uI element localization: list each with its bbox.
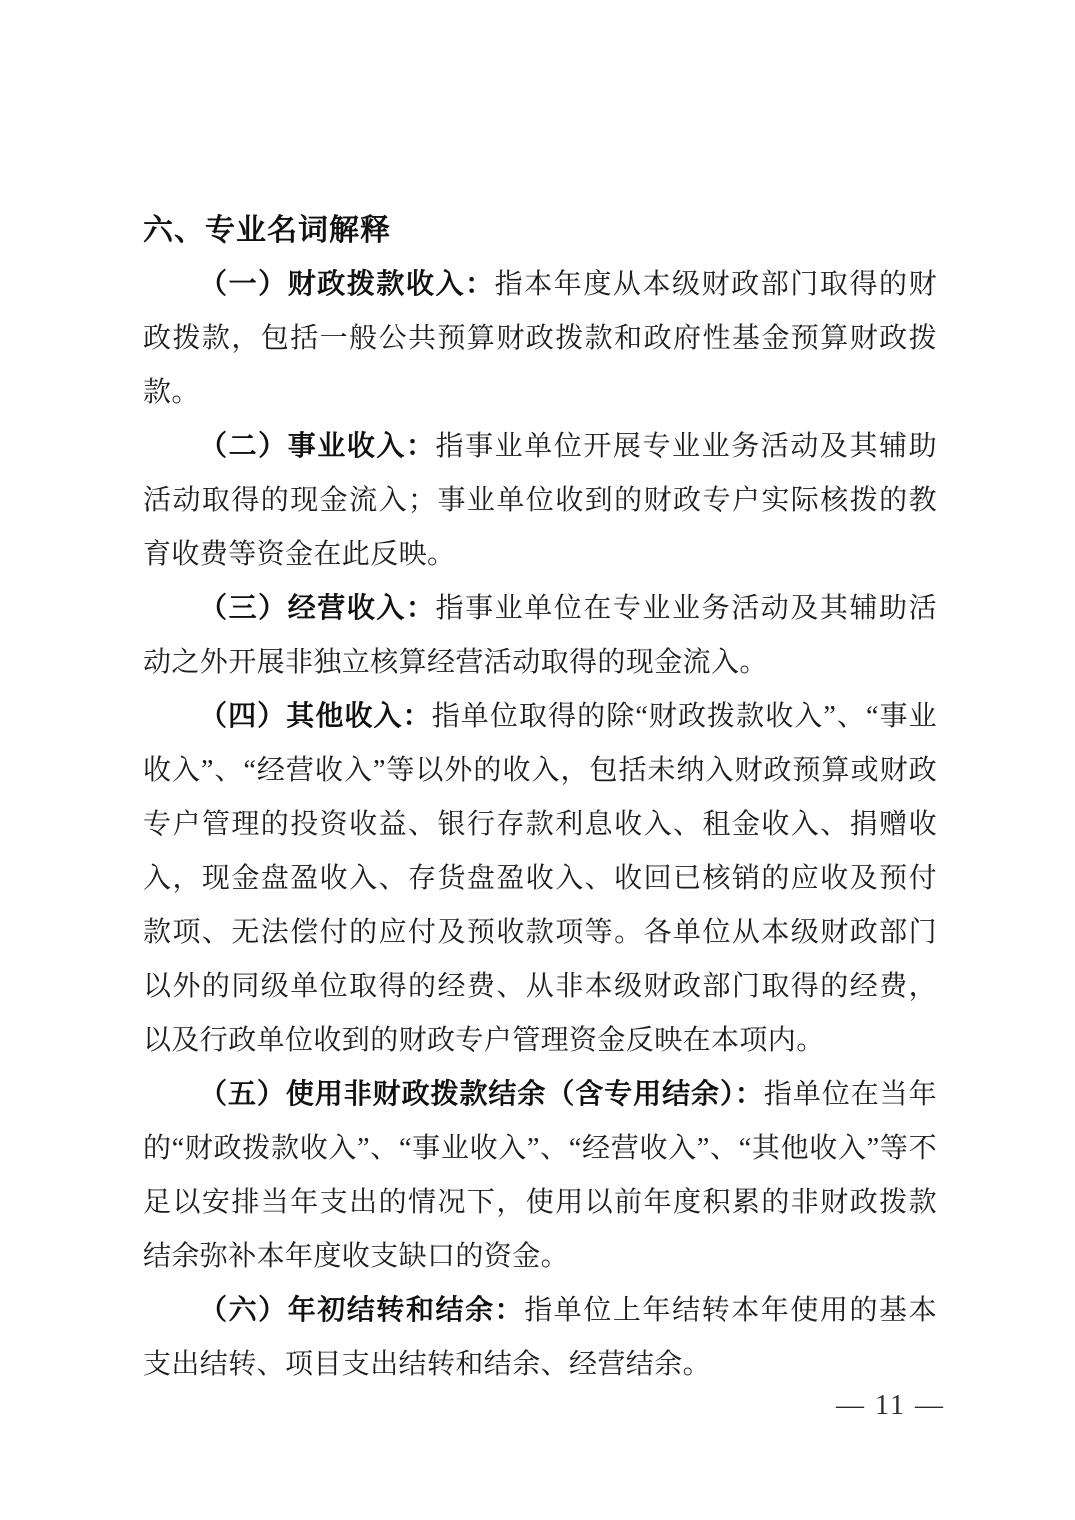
term-definition: 指单位取得的除“财政拨款收入”、“事业收入”、“经营收入”等以外的收入，包括未纳… — [143, 701, 937, 1056]
document-body: 六、专业名词解释 （一）财政拨款收入：指本年度从本级财政部门取得的财政拨款，包括… — [143, 203, 937, 1392]
term-label: （四）其他收入： — [199, 701, 432, 732]
term-label: （三）经营收入： — [199, 593, 436, 624]
definition-paragraph: （六）年初结转和结余：指单位上年结转本年使用的基本支出结转、项目支出结转和结余、… — [143, 1284, 937, 1392]
definition-paragraph: （四）其他收入：指单位取得的除“财政拨款收入”、“事业收入”、“经营收入”等以外… — [143, 690, 937, 1068]
page-number: — 11 — — [836, 1390, 945, 1422]
definition-paragraph: （五）使用非财政拨款结余（含专用结余）：指单位在当年的“财政拨款收入”、“事业收… — [143, 1068, 937, 1284]
definition-paragraph: （三）经营收入：指事业单位在专业业务活动及其辅助活动之外开展非独立核算经营活动取… — [143, 582, 937, 690]
term-label: （二）事业收入： — [199, 431, 436, 462]
term-label: （一）财政拨款收入： — [199, 269, 495, 300]
section-heading: 六、专业名词解释 — [143, 203, 937, 258]
term-label: （六）年初结转和结余： — [199, 1295, 524, 1326]
definition-paragraph: （一）财政拨款收入：指本年度从本级财政部门取得的财政拨款，包括一般公共预算财政拨… — [143, 258, 937, 420]
document-page: 六、专业名词解释 （一）财政拨款收入：指本年度从本级财政部门取得的财政拨款，包括… — [0, 0, 1075, 1520]
term-label: （五）使用非财政拨款结余（含专用结余）： — [199, 1079, 764, 1110]
definition-paragraph: （二）事业收入：指事业单位开展专业业务活动及其辅助活动取得的现金流入；事业单位收… — [143, 420, 937, 582]
